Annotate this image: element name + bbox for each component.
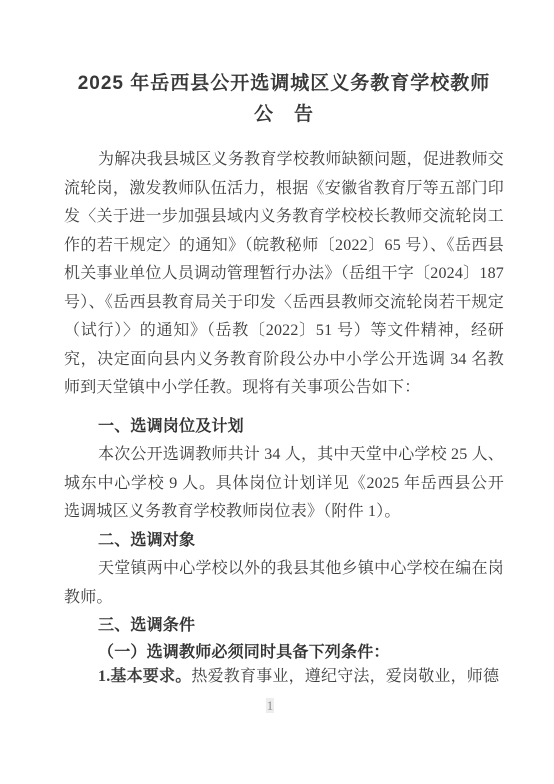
page-number-value: 1 bbox=[266, 698, 275, 713]
page-number: 1 bbox=[0, 698, 540, 714]
selection-targets-paragraph: 天堂镇两中心学校以外的我县其他乡镇中心学校在编在岗教师。 bbox=[64, 555, 504, 612]
basic-requirements-paragraph: 1.基本要求。热爱教育事业，遵纪守法，爱岗敬业，师德 bbox=[64, 665, 504, 689]
document-body: 为解决我县城区义务教育学校教师缺额问题，促进教师交流轮岗，激发教师队伍活力，根据… bbox=[64, 146, 504, 689]
subsection-heading-required-conditions: （一）选调教师必须同时具备下列条件： bbox=[64, 641, 504, 665]
basic-requirements-lead: 1.基本要求。 bbox=[98, 668, 191, 685]
basic-requirements-text: 热爱教育事业，遵纪守法，爱岗敬业，师德 bbox=[191, 668, 499, 685]
document-page: 2025 年岳西县公开选调城区义务教育学校教师 公 告 为解决我县城区义务教育学… bbox=[0, 0, 554, 784]
intro-paragraph: 为解决我县城区义务教育学校教师缺额问题，促进教师交流轮岗，激发教师队伍活力，根据… bbox=[64, 146, 504, 403]
positions-plan-paragraph: 本次公开选调教师共计 34 人，其中天堂中心学校 25 人、城东中心学校 9 人… bbox=[64, 441, 504, 527]
title-line-1: 2025 年岳西县公开选调城区义务教育学校教师 bbox=[64, 68, 504, 99]
section-heading-positions-plan: 一、选调岗位及计划 bbox=[64, 413, 504, 442]
section-heading-selection-targets: 二、选调对象 bbox=[64, 527, 504, 556]
document-title: 2025 年岳西县公开选调城区义务教育学校教师 公 告 bbox=[64, 68, 504, 130]
section-heading-selection-conditions: 三、选调条件 bbox=[64, 612, 504, 641]
title-line-2: 公 告 bbox=[64, 99, 504, 130]
